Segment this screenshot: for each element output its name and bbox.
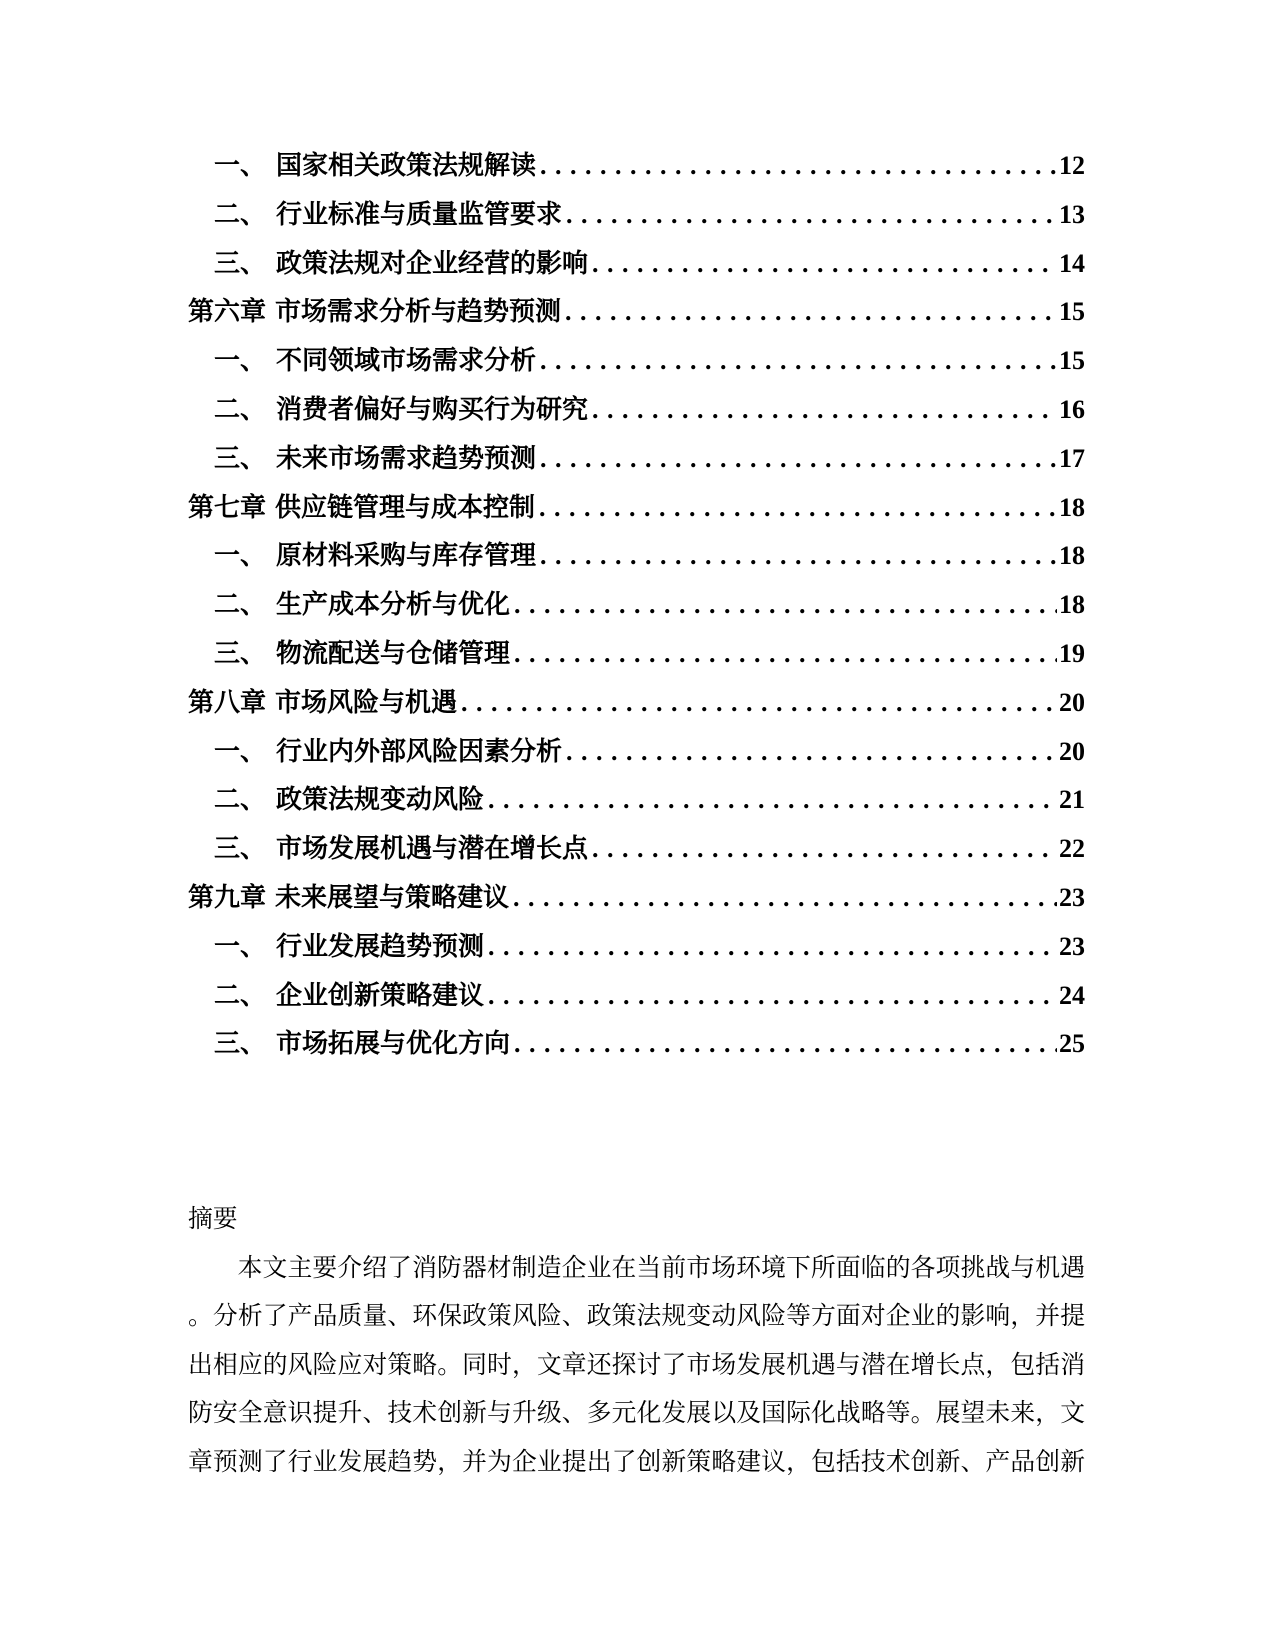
toc-entry: 一、 国家相关政策法规解读 . . . . . . . . . . . . . … (188, 142, 1085, 191)
toc-entry: 第六章 市场需求分析与趋势预测 . . . . . . . . . . . . … (188, 288, 1085, 337)
abstract-paragraph-line: 。分析了产品质量、环保政策风险、政策法规变动风险等方面对企业的影响，并提 (188, 1293, 1085, 1342)
toc-dot-leader: . . . . . . . . . . . . . . . . . . . . … (540, 337, 1057, 386)
toc-page-number: 21 (1059, 776, 1085, 825)
toc-entry-number: 三、 (214, 240, 276, 289)
toc-entry-title: 供应链管理与成本控制 (275, 484, 535, 533)
abstract-section: 摘要 本文主要介绍了消防器材制造企业在当前市场环境下所面临的各项挑战与机遇。分析… (188, 1196, 1085, 1487)
toc-entry: 一、 行业内外部风险因素分析 . . . . . . . . . . . . .… (188, 728, 1085, 777)
toc-entry-title: 不同领域市场需求分析 (276, 337, 536, 386)
toc-entry-title: 原材料采购与库存管理 (276, 532, 536, 581)
toc-dot-leader: . . . . . . . . . . . . . . . . . . . . … (566, 728, 1057, 777)
toc-entry-number: 三、 (214, 1020, 276, 1069)
toc-entry-title: 市场发展机遇与潜在增长点 (276, 825, 588, 874)
abstract-paragraph-line: 章预测了行业发展趋势，并为企业提出了创新策略建议，包括技术创新、产品创新 (188, 1439, 1085, 1488)
toc-entry: 一、 行业发展趋势预测 . . . . . . . . . . . . . . … (188, 923, 1085, 972)
toc-entry-number: 三、 (214, 630, 276, 679)
toc-dot-leader: . . . . . . . . . . . . . . . . . . . . … (565, 288, 1057, 337)
toc-page-number: 17 (1059, 435, 1085, 484)
toc-entry: 三、 市场拓展与优化方向 . . . . . . . . . . . . . .… (188, 1020, 1085, 1069)
toc-entry-title: 市场拓展与优化方向 (276, 1020, 510, 1069)
toc-entry-number: 一、 (214, 923, 276, 972)
toc-page-number: 13 (1059, 191, 1085, 240)
abstract-heading: 摘要 (188, 1196, 1085, 1245)
toc-page-number: 15 (1059, 288, 1085, 337)
toc-entry: 三、 物流配送与仓储管理 . . . . . . . . . . . . . .… (188, 630, 1085, 679)
toc-entry: 一、 原材料采购与库存管理 . . . . . . . . . . . . . … (188, 532, 1085, 581)
toc-page-number: 24 (1059, 972, 1085, 1021)
toc-entry-number: 一、 (214, 728, 276, 777)
toc-page-number: 18 (1059, 581, 1085, 630)
toc-entry: 三、 市场发展机遇与潜在增长点 . . . . . . . . . . . . … (188, 825, 1085, 874)
toc-page-number: 15 (1059, 337, 1085, 386)
toc-entry-number: 一、 (214, 337, 276, 386)
toc-entry-title: 政策法规变动风险 (276, 776, 484, 825)
toc-entry-number: 第九章 (188, 874, 266, 923)
document-page: 一、 国家相关政策法规解读 . . . . . . . . . . . . . … (0, 0, 1275, 1650)
toc-entry: 二、 消费者偏好与购买行为研究 . . . . . . . . . . . . … (188, 386, 1085, 435)
toc-entry-title: 市场需求分析与趋势预测 (275, 288, 561, 337)
toc-entry-number: 二、 (214, 191, 276, 240)
toc-dot-leader: . . . . . . . . . . . . . . . . . . . . … (488, 972, 1057, 1021)
toc-entry: 二、 政策法规变动风险 . . . . . . . . . . . . . . … (188, 776, 1085, 825)
toc-dot-leader: . . . . . . . . . . . . . . . . . . . . … (540, 435, 1057, 484)
toc-entry-title: 行业标准与质量监管要求 (276, 191, 562, 240)
toc-page-number: 18 (1059, 532, 1085, 581)
toc-entry-title: 行业内外部风险因素分析 (276, 728, 562, 777)
toc-entry-number: 二、 (214, 386, 276, 435)
toc-entry-number: 二、 (214, 581, 276, 630)
toc-entry: 第八章 市场风险与机遇 . . . . . . . . . . . . . . … (188, 679, 1085, 728)
toc-page-number: 18 (1059, 484, 1085, 533)
toc-entry-title: 未来市场需求趋势预测 (276, 435, 536, 484)
toc-dot-leader: . . . . . . . . . . . . . . . . . . . . … (592, 825, 1057, 874)
toc-page-number: 12 (1059, 142, 1085, 191)
toc-entry-number: 第七章 (188, 484, 266, 533)
toc-page-number: 20 (1059, 679, 1085, 728)
toc-entry-number: 三、 (214, 435, 276, 484)
toc-dot-leader: . . . . . . . . . . . . . . . . . . . . … (540, 142, 1057, 191)
toc-page-number: 25 (1059, 1020, 1085, 1069)
toc-page-number: 20 (1059, 728, 1085, 777)
toc-entry: 二、 企业创新策略建议 . . . . . . . . . . . . . . … (188, 972, 1085, 1021)
toc-dot-leader: . . . . . . . . . . . . . . . . . . . . … (514, 1020, 1057, 1069)
toc-entry-number: 三、 (214, 825, 276, 874)
toc-entry: 第九章 未来展望与策略建议 . . . . . . . . . . . . . … (188, 874, 1085, 923)
toc-entry-number: 第六章 (188, 288, 266, 337)
toc-dot-leader: . . . . . . . . . . . . . . . . . . . . … (488, 776, 1057, 825)
toc-dot-leader: . . . . . . . . . . . . . . . . . . . . … (514, 630, 1057, 679)
toc-dot-leader: . . . . . . . . . . . . . . . . . . . . … (514, 581, 1057, 630)
toc-entry-title: 市场风险与机遇 (275, 679, 457, 728)
toc-entry-title: 消费者偏好与购买行为研究 (276, 386, 588, 435)
toc-page-number: 14 (1059, 240, 1085, 289)
toc-dot-leader: . . . . . . . . . . . . . . . . . . . . … (592, 386, 1057, 435)
toc-entry-title: 政策法规对企业经营的影响 (276, 240, 588, 289)
toc-page-number: 23 (1059, 874, 1085, 923)
toc-entry-title: 物流配送与仓储管理 (276, 630, 510, 679)
toc-entry-title: 生产成本分析与优化 (276, 581, 510, 630)
abstract-body: 本文主要介绍了消防器材制造企业在当前市场环境下所面临的各项挑战与机遇。分析了产品… (188, 1245, 1085, 1488)
toc-entry-number: 第八章 (188, 679, 266, 728)
toc-dot-leader: . . . . . . . . . . . . . . . . . . . . … (592, 240, 1057, 289)
abstract-paragraph-line: 出相应的风险应对策略。同时，文章还探讨了市场发展机遇与潜在增长点，包括消 (188, 1342, 1085, 1391)
toc-dot-leader: . . . . . . . . . . . . . . . . . . . . … (488, 923, 1057, 972)
toc-entry-number: 一、 (214, 142, 276, 191)
toc-entry-number: 二、 (214, 972, 276, 1021)
toc-entry: 二、 行业标准与质量监管要求 . . . . . . . . . . . . .… (188, 191, 1085, 240)
toc-entry: 三、 政策法规对企业经营的影响 . . . . . . . . . . . . … (188, 240, 1085, 289)
toc-entry-title: 未来展望与策略建议 (275, 874, 509, 923)
abstract-paragraph-line: 防安全意识提升、技术创新与升级、多元化发展以及国际化战略等。展望未来，文 (188, 1390, 1085, 1439)
abstract-paragraph-line: 本文主要介绍了消防器材制造企业在当前市场环境下所面临的各项挑战与机遇 (188, 1245, 1085, 1294)
table-of-contents: 一、 国家相关政策法规解读 . . . . . . . . . . . . . … (188, 142, 1085, 1069)
toc-entry-number: 二、 (214, 776, 276, 825)
toc-dot-leader: . . . . . . . . . . . . . . . . . . . . … (566, 191, 1057, 240)
toc-dot-leader: . . . . . . . . . . . . . . . . . . . . … (461, 679, 1057, 728)
toc-entry: 三、 未来市场需求趋势预测 . . . . . . . . . . . . . … (188, 435, 1085, 484)
toc-entry: 一、 不同领域市场需求分析 . . . . . . . . . . . . . … (188, 337, 1085, 386)
toc-dot-leader: . . . . . . . . . . . . . . . . . . . . … (513, 874, 1057, 923)
toc-entry: 二、 生产成本分析与优化 . . . . . . . . . . . . . .… (188, 581, 1085, 630)
toc-entry-title: 企业创新策略建议 (276, 972, 484, 1021)
toc-dot-leader: . . . . . . . . . . . . . . . . . . . . … (540, 532, 1057, 581)
toc-entry-title: 国家相关政策法规解读 (276, 142, 536, 191)
toc-page-number: 23 (1059, 923, 1085, 972)
toc-page-number: 22 (1059, 825, 1085, 874)
toc-entry-number: 一、 (214, 532, 276, 581)
toc-page-number: 16 (1059, 386, 1085, 435)
toc-entry: 第七章 供应链管理与成本控制 . . . . . . . . . . . . .… (188, 484, 1085, 533)
toc-page-number: 19 (1059, 630, 1085, 679)
toc-dot-leader: . . . . . . . . . . . . . . . . . . . . … (539, 484, 1057, 533)
toc-entry-title: 行业发展趋势预测 (276, 923, 484, 972)
